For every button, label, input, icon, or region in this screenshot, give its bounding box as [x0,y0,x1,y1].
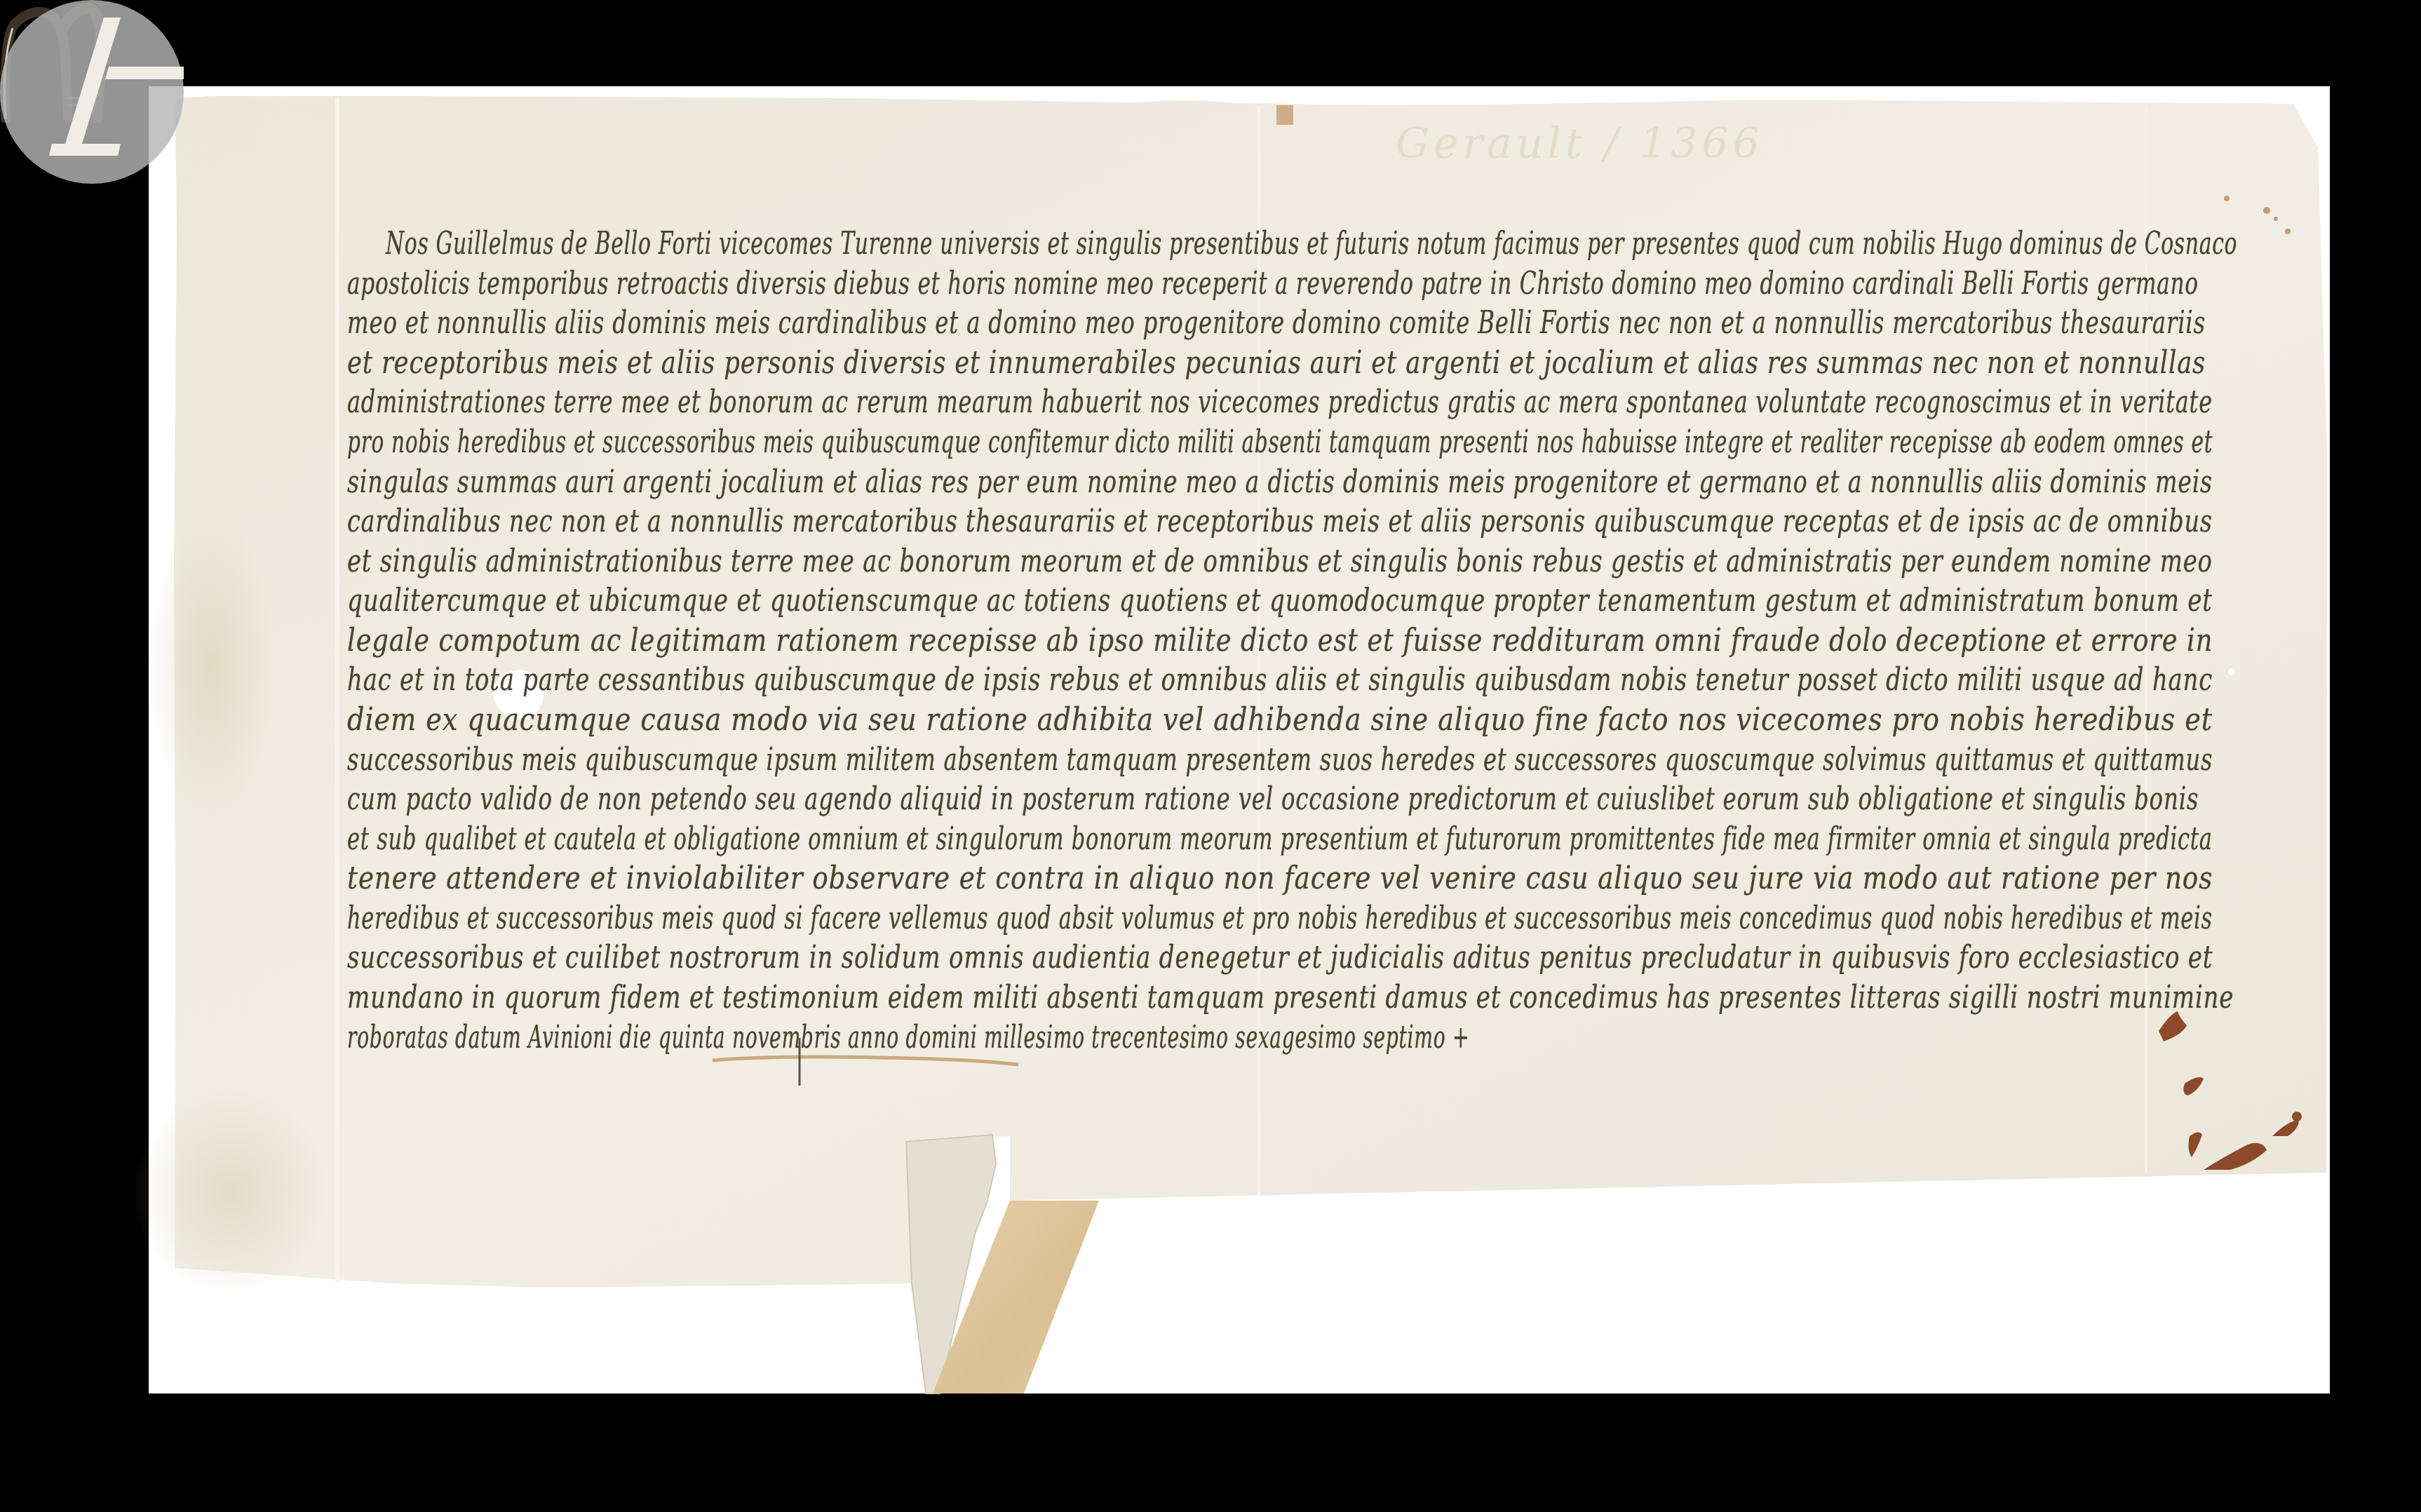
text-line-3: meo et nonnullis aliis dominis meis card… [347,304,2206,343]
text-line-16: et sub qualibet et cautela et obligation… [347,820,2213,859]
parchment-charter: Gerault / 1366 Nos Guillelmus de Bello F… [0,0,2421,1512]
text-line-11: legale compotum ac legitimam rationem re… [347,621,2213,661]
text-line-20: mundano in quorum fidem et testimonium e… [347,978,2234,1018]
text-line-8: cardinalibus nec non et a nonnullis merc… [347,502,2213,541]
text-line-10: qualitercumque et ubicumque et quotiensc… [347,581,2213,621]
text-line-2: apostolicis temporibus retroactis divers… [347,264,2199,304]
text-line-9: et singulis administrationibus terre mee… [347,542,2213,581]
text-line-15: cum pacto valido de non petendo seu agen… [347,780,2199,819]
text-line-5: administrationes terre mee et bonorum ac… [347,383,2213,422]
text-line-7: singulas summas auri argenti jocalium et… [347,463,2213,502]
text-line-21: roboratas datum Avinioni die quinta nove… [347,1018,1469,1058]
charter-text: Nos Guillelmus de Bello Forti vicecomes … [0,0,2421,1512]
text-line-1: Nos Guillelmus de Bello Forti vicecomes … [386,224,1642,264]
auction-house-logo-icon [0,0,184,184]
text-line-18: heredibus et successoribus meis quod si … [347,899,2213,938]
text-line-13: diem ex quacumque causa modo via seu rat… [347,701,2213,740]
text-line-12: hac et in tota parte cessantibus quibusc… [347,661,2213,700]
text-line-17: tenere attendere et inviolabiliter obser… [347,859,2213,898]
text-line-19: successoribus et cuilibet nostrorum in s… [347,938,2213,978]
text-line-6: pro nobis heredibus et successoribus mei… [347,423,2213,462]
text-line-14: successoribus meis quibuscumque ipsum mi… [347,741,2213,780]
text-line-4: et receptoribus meis et aliis personis d… [347,344,2206,383]
